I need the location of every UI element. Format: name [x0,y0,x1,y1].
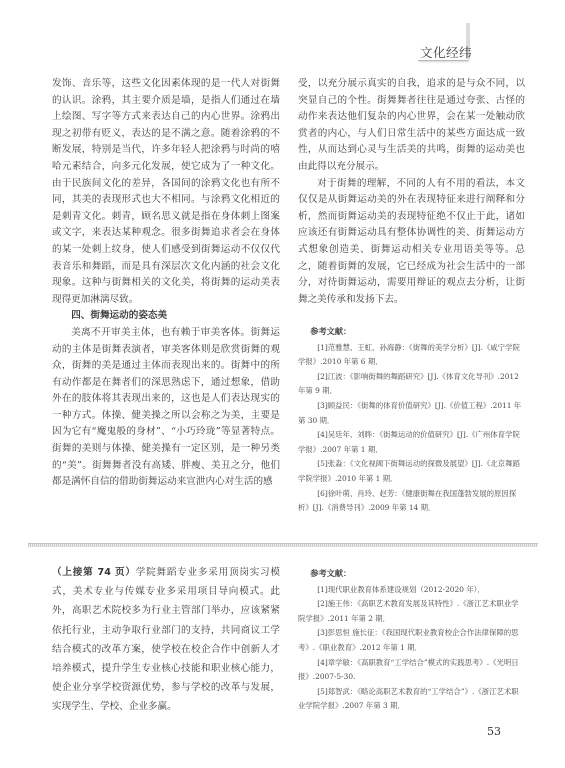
left-column-top: 发饰、音乐等，这些文化因素体现的是一代人对街舞的认识。涂鸦，其主要介质是墙，是指… [52,76,280,491]
reference-item: [3]顾益民：《街舞的体育价值研究》[J].《价值工程》.2011 年第 30 … [298,399,525,428]
section-divider [28,543,538,547]
reference-item: [5]张淼：《文化视阈下街舞运动的探微及展望》[J].《北京舞蹈学院学报》.20… [298,457,525,486]
references-title: 参考文献： [298,324,525,339]
body-paragraph: 对于街舞的理解，不同的人有不用的看法，本文仅仅是从街舞运动美的外在表现特征来进行… [298,176,525,309]
right-column-top: 受，以充分展示真实的自我，追求的是与众不同，以突显自己的个性。街舞舞者往往是通过… [298,76,525,308]
body-paragraph: 受，以充分展示真实的自我，追求的是与众不同，以突显自己的个性。街舞舞者往往是通过… [298,76,525,176]
subheading: 四、街舞运动的姿态美 [52,308,280,325]
reference-item: [4]吴廷年、刘晔：《街舞运动的价值研究》[J].《广州体育学院学报》.2007… [298,428,525,457]
reference-item: [2]江波：《影响街舞的舞蹈研究》[J].《体育文化导刊》.2012 年第 9 … [298,370,525,399]
reference-item: [4]章学敏：《高职教育“工学结合”模式的实践思考》.《光明日报》.2007-5… [298,656,525,685]
body-paragraph: 学院舞蹈专业多采用顶岗实习模式，美术专业与传媒专业多采用项目导向模式。此外，高职… [52,567,280,712]
reference-item: [5]郑智武：《略论高职艺术教育的“工学结合”》.《浙江艺术职业学院学报》.20… [298,685,525,714]
body-paragraph: 发饰、音乐等，这些文化因素体现的是一代人对街舞的认识。涂鸦，其主要介质是墙，是指… [52,76,280,308]
references-bottom: 参考文献： [1]现代职业教育体系建设规划（2012-2020 年）． [2]施… [298,566,525,714]
references-top: 参考文献： [1]范雅慧、王虹、孙海静：《街舞的美学分析》[J].《咸宁学院学报… [298,324,525,516]
left-column-bottom: （上接第 74 页）学院舞蹈专业多采用顶岗实习模式，美术专业与传媒专业多采用项目… [52,563,280,717]
reference-item: [1]范雅慧、王虹、孙海静：《街舞的美学分析》[J].《咸宁学院学报》.2010… [298,341,525,370]
reference-item: [3]彭思恒 施长征：《我国现代职业教育校企合作法律保障的思考》.《职业教育》.… [298,626,525,655]
section-title: 文化经纬 [420,43,472,61]
references-title: 参考文献： [298,566,525,581]
body-paragraph: 美离不开审美主体，也有赖于审美客体。街舞运动的主体是街舞表演者，审美客体则是欣赏… [52,325,280,491]
continued-from-tag: （上接第 74 页） [52,567,136,578]
reference-item: [1]现代职业教育体系建设规划（2012-2020 年）． [298,583,525,598]
page-number: 53 [487,725,501,738]
reference-item: [2]施王伟：《高职艺术教育发展及其特性》.《浙江艺术职业学院学报》.2011 … [298,597,525,626]
reference-item: [6]徐叶萌、肖玲、赵芳：《健康街舞在我国蓬勃发展的原因探析》[J].《消费导刊… [298,487,525,516]
